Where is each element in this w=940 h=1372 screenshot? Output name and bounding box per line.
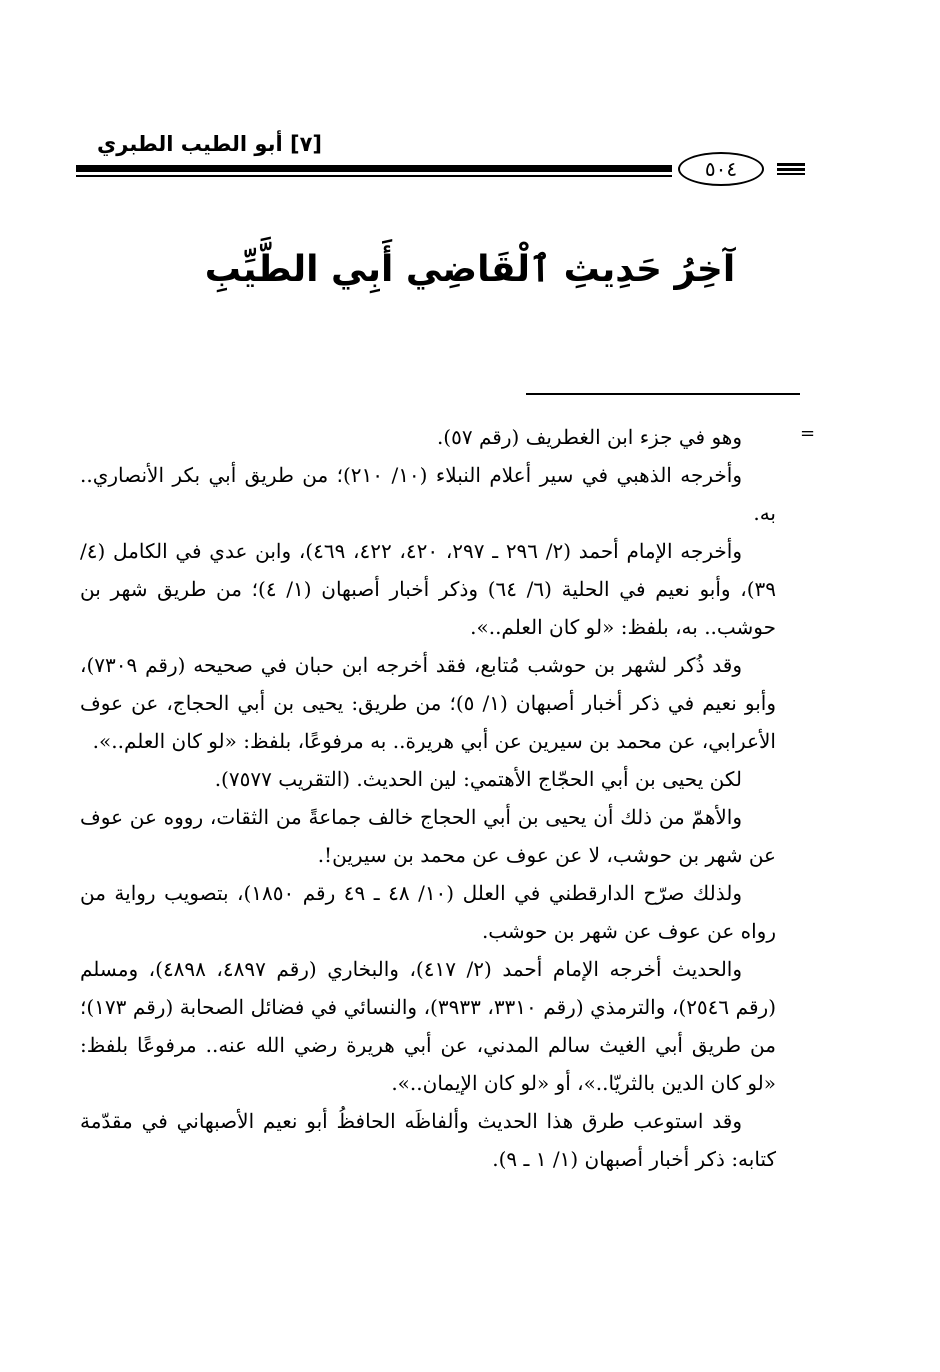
footnote-separator <box>526 393 800 395</box>
footnote-paragraph: وأخرجه الذهبي في سير أعلام النبلاء (١٠/ … <box>80 456 776 532</box>
continuation-mark: = <box>800 424 815 444</box>
footnote-paragraph: لكن يحيى بن أبي الحجّاج الأهتمي: لين الح… <box>80 760 776 798</box>
chapter-title: آخِرُ حَدِيثِ ٱلْقَاضِي أَبِي الطَّيِّبِ <box>150 240 790 300</box>
header-rule-right <box>777 173 805 175</box>
footnote-paragraph: والحديث أخرجه الإمام أحمد (٢/ ٤١٧)، والب… <box>80 950 776 1102</box>
page-number-badge: ٥٠٤ <box>678 152 764 186</box>
footnote-paragraph: والأهمّ من ذلك أن يحيى بن أبي الحجاج خال… <box>80 798 776 874</box>
header-rule-right <box>777 168 805 171</box>
footnotes-body: وهو في جزء ابن الغطريف (رقم ٥٧). وأخرجه … <box>80 418 776 1178</box>
header-rule-right <box>777 163 805 166</box>
footnote-paragraph: وأخرجه الإمام أحمد (٢/ ٢٩٦ ـ ٢٩٧، ٤٢٠، ٤… <box>80 532 776 646</box>
footnote-paragraph: وهو في جزء ابن الغطريف (رقم ٥٧). <box>80 418 776 456</box>
running-header-title: [٧] أبو الطيب الطبري <box>82 124 322 164</box>
header-rule-thick <box>76 165 672 172</box>
footnote-paragraph: وقد استوعب طرق هذا الحديث وألفاظَه الحاف… <box>80 1102 776 1178</box>
footnote-paragraph: وقد ذُكر لشهر بن حوشب مُتابع، فقد أخرجه … <box>80 646 776 760</box>
footnote-paragraph: ولذلك صرّح الدارقطني في العلل (١٠/ ٤٨ ـ … <box>80 874 776 950</box>
header-rule-thin <box>76 175 672 177</box>
